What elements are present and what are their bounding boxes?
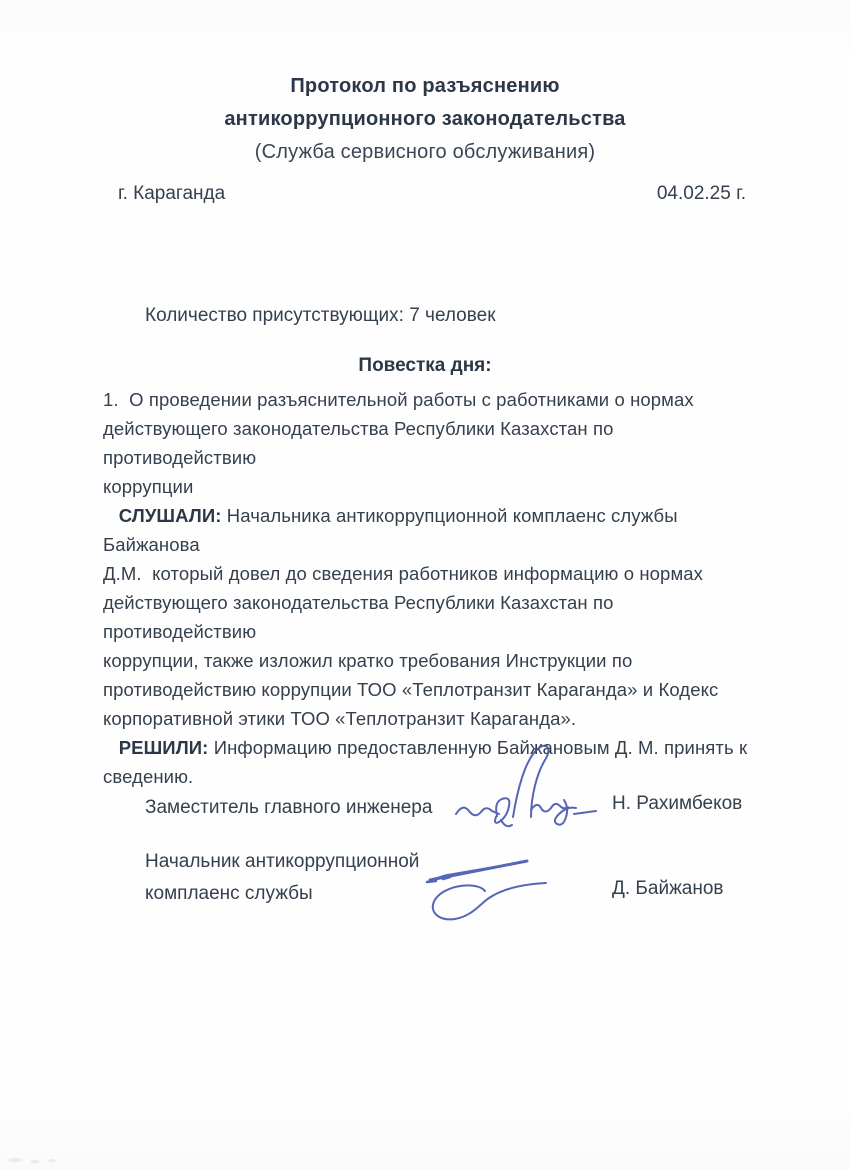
city-date-row: г. Караганда 04.02.25 г. bbox=[118, 183, 746, 205]
body-line: корпоративной этики ТОО «Теплотранзит Ка… bbox=[103, 704, 763, 733]
signatory-1-position: Заместитель главного инженера bbox=[145, 792, 432, 824]
title-line-2: антикоррупционного законодательства bbox=[0, 103, 850, 136]
date-label: 04.02.25 г. bbox=[657, 183, 746, 205]
city-label: г. Караганда bbox=[118, 183, 225, 205]
signature-rakhimbekov-graphic bbox=[450, 740, 605, 840]
body-line: действующего законодательства Республики… bbox=[103, 414, 763, 472]
signature-baizhanov-graphic bbox=[406, 856, 571, 934]
body-line: противодействию коррупции ТОО «Теплотран… bbox=[103, 675, 763, 704]
scan-speck bbox=[30, 1160, 40, 1163]
signatory-2-name: Д. Байжанов bbox=[612, 878, 724, 900]
signatory-2-position-line2: комплаенс службы bbox=[145, 878, 419, 910]
title-line-1: Протокол по разъяснению bbox=[0, 70, 850, 103]
document-title: Протокол по разъяснению антикоррупционно… bbox=[0, 70, 850, 169]
body-line: Д.М. который довел до сведения работнико… bbox=[103, 559, 763, 588]
title-line-3: (Служба сервисного обслуживания) bbox=[0, 136, 850, 169]
body-line: действующего законодательства Республики… bbox=[103, 588, 763, 646]
agenda-heading: Повестка дня: bbox=[0, 355, 850, 377]
signatory-2-position: Начальник антикоррупционной комплаенс сл… bbox=[145, 846, 419, 910]
body-line: СЛУШАЛИ: Начальника антикоррупционной ко… bbox=[103, 501, 763, 559]
body-line: РЕШИЛИ: Информацию предоставленную Байжа… bbox=[103, 733, 763, 762]
signatory-2-position-line1: Начальник антикоррупционной bbox=[145, 846, 419, 878]
body-line: 1. О проведении разъяснительной работы с… bbox=[103, 385, 763, 414]
body-line: коррупции, также изложил кратко требован… bbox=[103, 646, 763, 675]
body-text: 1. О проведении разъяснительной работы с… bbox=[103, 385, 763, 791]
scan-speck bbox=[48, 1159, 56, 1162]
attendees-count-line: Количество присутствующих: 7 человек bbox=[145, 305, 496, 327]
signatory-1-position-line1: Заместитель главного инженера bbox=[145, 792, 432, 824]
body-line: сведению. bbox=[103, 762, 763, 791]
body-line: коррупции bbox=[103, 472, 763, 501]
scan-speck bbox=[8, 1158, 22, 1162]
scanned-protocol-document: Протокол по разъяснению антикоррупционно… bbox=[0, 0, 850, 1169]
signatory-1-name: Н. Рахимбеков bbox=[612, 793, 742, 815]
